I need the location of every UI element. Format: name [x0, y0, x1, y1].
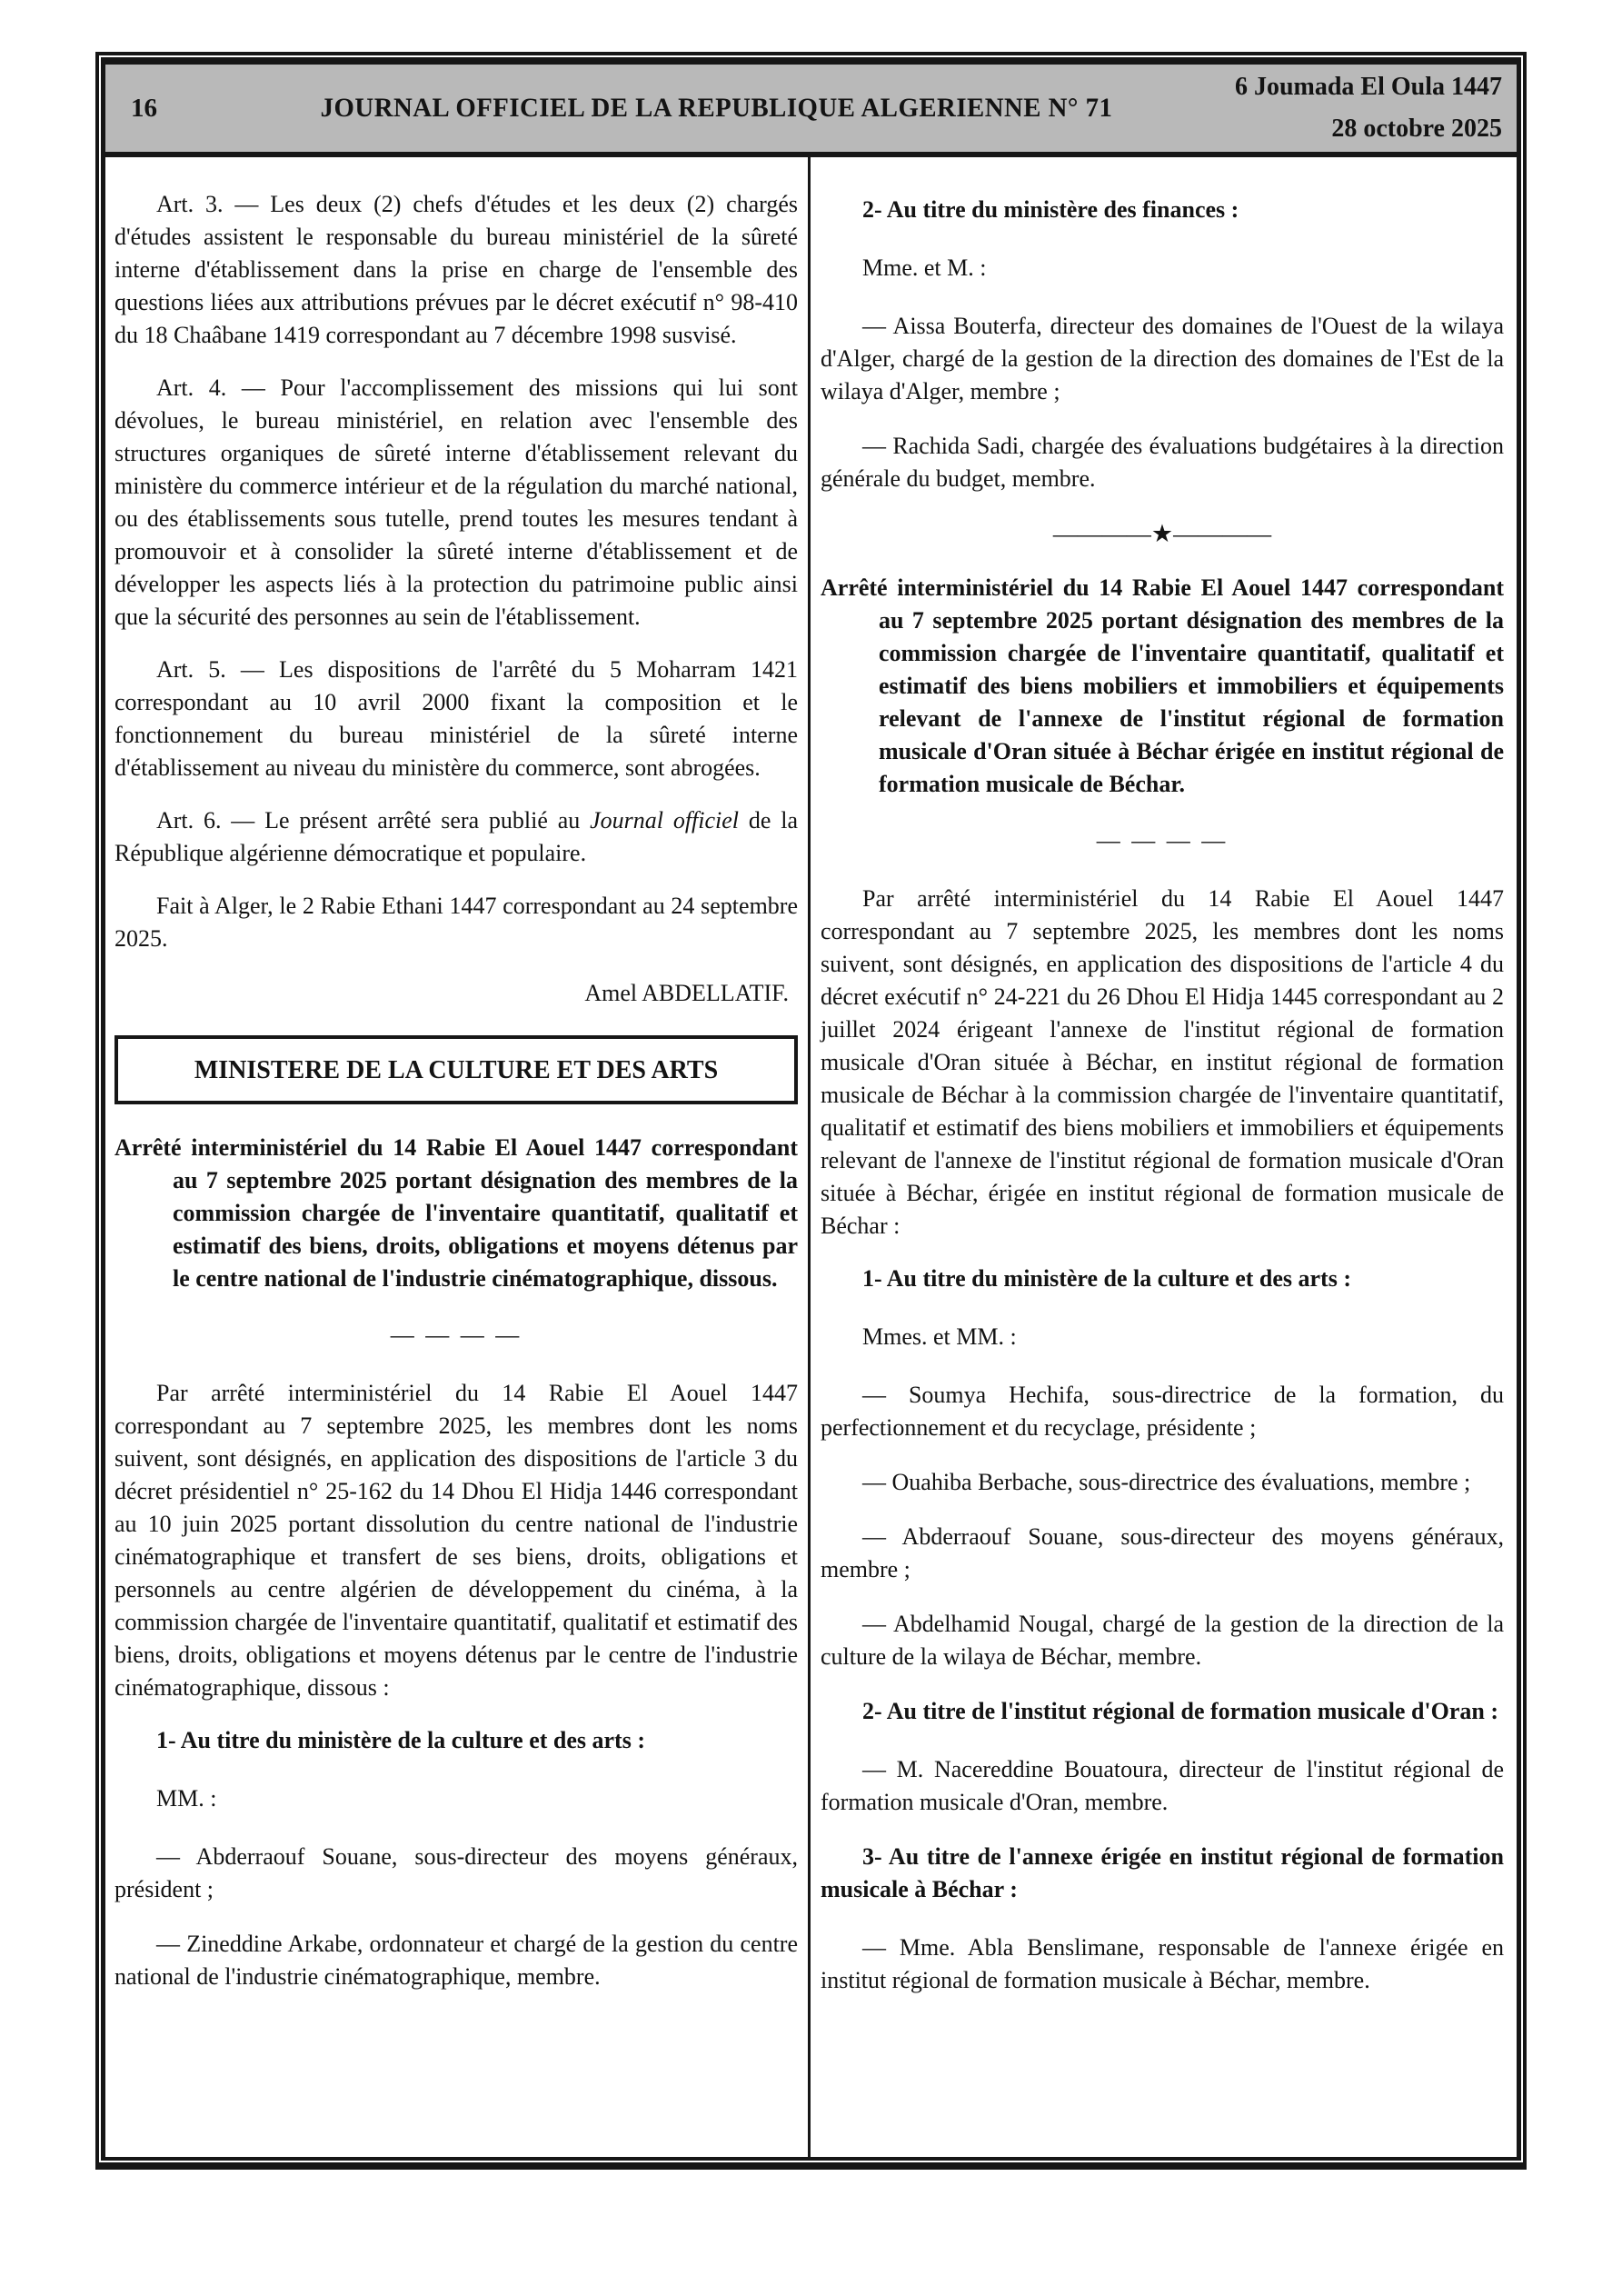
member-item: — Zineddine Arkabe, ordonnateur et charg…: [114, 1928, 798, 1993]
intro-paragraph-right: Par arrêté interministériel du 14 Rabie …: [821, 883, 1504, 1243]
content-area: Art. 3. — Les deux (2) chefs d'études et…: [105, 157, 1517, 2157]
article-5-paragraph: Art. 5. — Les dispositions de l'arrêté d…: [114, 654, 798, 784]
journal-officiel-italic: Journal officiel: [590, 807, 739, 834]
article-6-text: Art. 6. — Le présent arrêté sera publié …: [156, 807, 590, 834]
dash-separator-right: — — — —: [821, 824, 1504, 857]
left-column: Art. 3. — Les deux (2) chefs d'études et…: [114, 157, 798, 2157]
article-3-paragraph: Art. 3. — Les deux (2) chefs d'études et…: [114, 188, 798, 352]
member-item: — Rachida Sadi, chargée des évaluations …: [821, 430, 1504, 495]
section-title-culture-left: 1- Au titre du ministère de la culture e…: [114, 1724, 798, 1757]
decree-title-left: Arrêté interministériel du 14 Rabie El A…: [114, 1132, 798, 1295]
member-item: — M. Nacereddine Bouatoura, directeur de…: [821, 1753, 1504, 1819]
salutation-mm: MM. :: [114, 1782, 798, 1815]
section-title-annexe-bechar: 3- Au titre de l'annexe érigée en instit…: [821, 1841, 1504, 1906]
journal-title: JOURNAL OFFICIEL DE LA REPUBLIQUE ALGERI…: [250, 93, 1182, 124]
salutation-mme-m: Mme. et M. :: [821, 252, 1504, 285]
journal-page: { "header": { "page_number": "16", "titl…: [0, 0, 1622, 2296]
member-item: — Abderraouf Souane, sous-directeur des …: [114, 1841, 798, 1906]
member-item: — Mme. Abla Benslimane, responsable de l…: [821, 1932, 1504, 1997]
issue-dates: 6 Joumada El Oula 1447 28 octobre 2025: [1202, 66, 1517, 150]
intro-paragraph-left: Par arrêté interministériel du 14 Rabie …: [114, 1377, 798, 1704]
page-number: 16: [105, 94, 231, 124]
page-frame: 16 JOURNAL OFFICIEL DE LA REPUBLIQUE ALG…: [95, 52, 1527, 2170]
signature-place-date: Fait à Alger, le 2 Rabie Ethani 1447 cor…: [114, 890, 798, 955]
header-bar: 16 JOURNAL OFFICIEL DE LA REPUBLIQUE ALG…: [105, 65, 1517, 157]
star-separator: ————★————: [821, 517, 1504, 550]
page-inner-frame: 16 JOURNAL OFFICIEL DE LA REPUBLIQUE ALG…: [101, 57, 1521, 2161]
section-title-institut-oran: 2- Au titre de l'institut régional de fo…: [821, 1695, 1504, 1728]
decree-title-right: Arrêté interministériel du 14 Rabie El A…: [821, 572, 1504, 801]
member-item: — Soumya Hechifa, sous-directrice de la …: [821, 1379, 1504, 1444]
member-item: — Abderraouf Souane, sous-directeur des …: [821, 1521, 1504, 1586]
date-hijri: 6 Joumada El Oula 1447: [1202, 66, 1502, 108]
date-gregorian: 28 octobre 2025: [1202, 108, 1502, 150]
article-6-paragraph: Art. 6. — Le présent arrêté sera publié …: [114, 804, 798, 870]
section-title-finances: 2- Au titre du ministère des finances :: [821, 194, 1504, 226]
member-item: — Aissa Bouterfa, directeur des domaines…: [821, 310, 1504, 408]
section-title-culture-right: 1- Au titre du ministère de la culture e…: [821, 1263, 1504, 1295]
dash-separator-left: — — — —: [114, 1319, 798, 1352]
signature-name: Amel ABDELLATIF.: [114, 977, 798, 1010]
article-4-paragraph: Art. 4. — Pour l'accomplissement des mis…: [114, 372, 798, 634]
member-item: — Abdelhamid Nougal, chargé de la gestio…: [821, 1608, 1504, 1673]
right-column: 2- Au titre du ministère des finances : …: [821, 157, 1504, 2157]
member-item: — Ouahiba Berbache, sous-directrice des …: [821, 1466, 1504, 1499]
ministry-section-box: MINISTERE DE LA CULTURE ET DES ARTS: [114, 1035, 798, 1104]
column-divider: [808, 157, 811, 2157]
salutation-mmes-mm: Mmes. et MM. :: [821, 1321, 1504, 1353]
